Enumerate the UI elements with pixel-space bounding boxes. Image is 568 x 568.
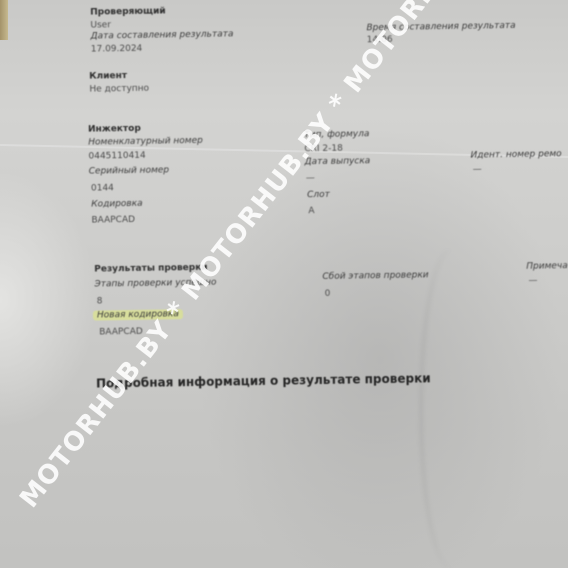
repair-id-label: Идент. номер ремо	[470, 149, 561, 160]
repair-id-value: —	[473, 164, 482, 174]
part-number-label: Номенклатурный номер	[88, 136, 203, 148]
checker-value: User	[90, 20, 111, 30]
new-coding-value: BAAPCAD	[99, 327, 143, 338]
report-date-label: Дата составления результата	[91, 29, 234, 41]
coding-value: BAAPCAD	[91, 215, 135, 226]
test-report: Проверяющий User Дата составления резуль…	[0, 0, 568, 568]
slot-label: Слот	[307, 190, 330, 200]
steps-failed-value: 0	[325, 289, 331, 299]
steps-ok-value: 8	[97, 296, 103, 306]
release-date-value: —	[306, 173, 315, 183]
serial-number-label: Серийный номер	[89, 165, 170, 176]
client-label: Клиент	[89, 71, 127, 82]
note-label: Примеча	[526, 261, 568, 272]
report-date-value: 17.09.2024	[91, 44, 143, 55]
serial-number-value: 0144	[91, 183, 114, 193]
client-value: Не доступно	[89, 84, 149, 95]
checker-label: Проверяющий	[90, 6, 166, 17]
steps-failed-label: Сбой этапов проверки	[322, 270, 428, 282]
note-value: —	[528, 276, 537, 286]
part-number-value: 0445110414	[88, 151, 145, 162]
injector-heading: Инжектор	[88, 124, 141, 135]
slot-value: A	[308, 206, 314, 216]
coding-label: Кодировка	[91, 199, 143, 210]
